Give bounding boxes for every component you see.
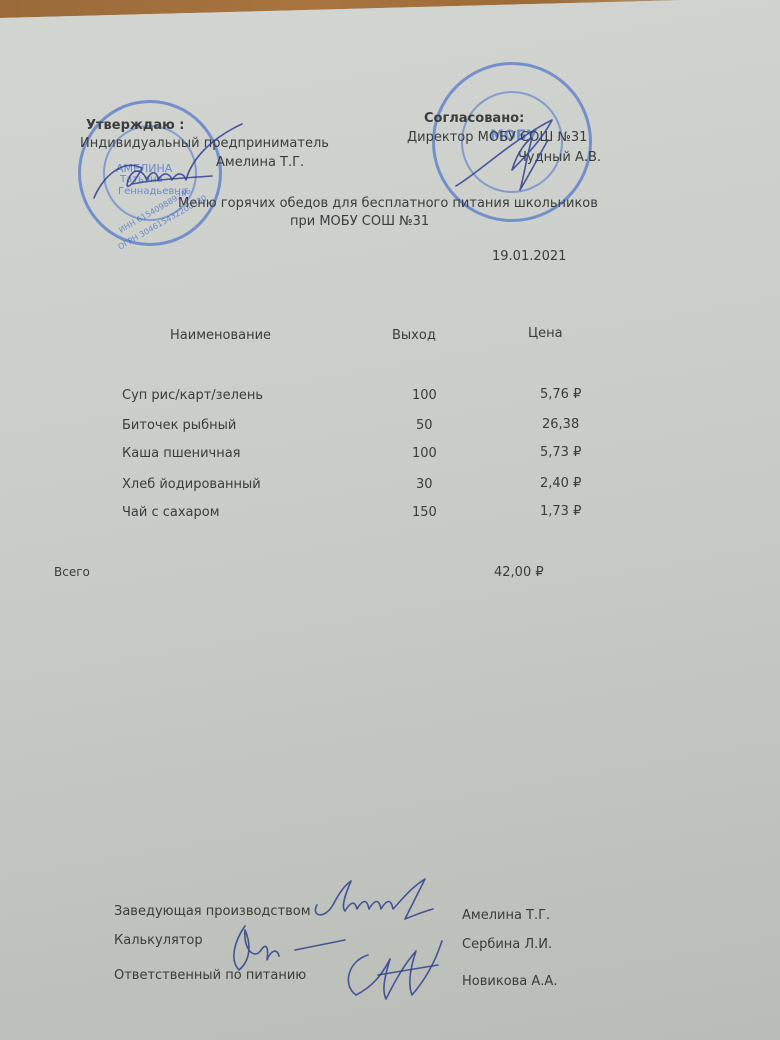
column-header-price: Цена [528, 326, 563, 341]
row-price: 5,73 ₽ [540, 445, 581, 460]
document-title-line1: Меню горячих обедов для бесплатного пита… [178, 196, 598, 211]
signature-left [92, 118, 252, 208]
signatory-name: Сербина Л.И. [462, 937, 552, 952]
row-price: 5,76 ₽ [540, 387, 581, 402]
row-output: 30 [416, 477, 433, 492]
row-price: 26,38 [542, 417, 579, 432]
row-output: 50 [416, 418, 433, 433]
row-name: Хлеб йодированный [122, 477, 261, 492]
row-name: Суп рис/карт/зелень [122, 388, 263, 403]
signature-novikova [338, 935, 448, 1010]
row-output: 100 [412, 446, 437, 461]
row-name: Биточек рыбный [122, 418, 236, 433]
row-price: 2,40 ₽ [540, 476, 581, 491]
row-output: 100 [412, 388, 437, 403]
document-date: 19.01.2021 [492, 249, 566, 264]
document-title-line2: при МОБУ СОШ №31 [290, 214, 429, 229]
row-price: 1,73 ₽ [540, 504, 581, 519]
signature-right [452, 100, 572, 200]
signatory-role: Заведующая производством [114, 904, 311, 919]
signatory-role: Калькулятор [114, 933, 203, 948]
column-header-output: Выход [392, 328, 436, 343]
total-label: Всего [54, 565, 90, 579]
signatory-name: Новикова А.А. [462, 974, 557, 989]
column-header-name: Наименование [170, 328, 271, 343]
row-name: Каша пшеничная [122, 446, 241, 461]
signature-serbina [215, 920, 345, 980]
signatory-name: Амелина Т.Г. [462, 908, 550, 923]
row-name: Чай с сахаром [122, 505, 220, 520]
total-value: 42,00 ₽ [494, 565, 544, 580]
row-output: 150 [412, 505, 437, 520]
